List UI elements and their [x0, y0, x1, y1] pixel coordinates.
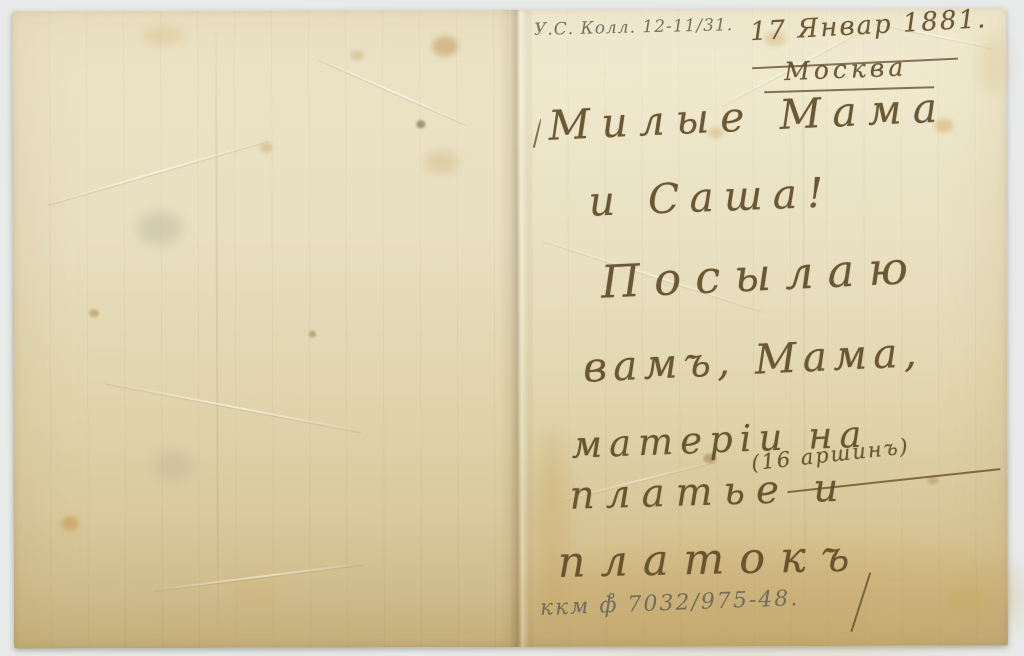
letter-body-line-4: платье и — [569, 466, 850, 519]
letter-bifolium-scan: У.С. Колл. 12-11/31. 17 Январ 1881. Моск… — [12, 8, 1008, 648]
blank-left-page — [12, 10, 511, 649]
place-line: Москва — [784, 52, 908, 86]
photo-background: У.С. Колл. 12-11/31. 17 Январ 1881. Моск… — [0, 0, 1024, 656]
letter-salutation-2: и Саша! — [588, 168, 835, 225]
center-fold — [498, 10, 536, 647]
letter-body-line-5: платокъ — [557, 532, 865, 588]
